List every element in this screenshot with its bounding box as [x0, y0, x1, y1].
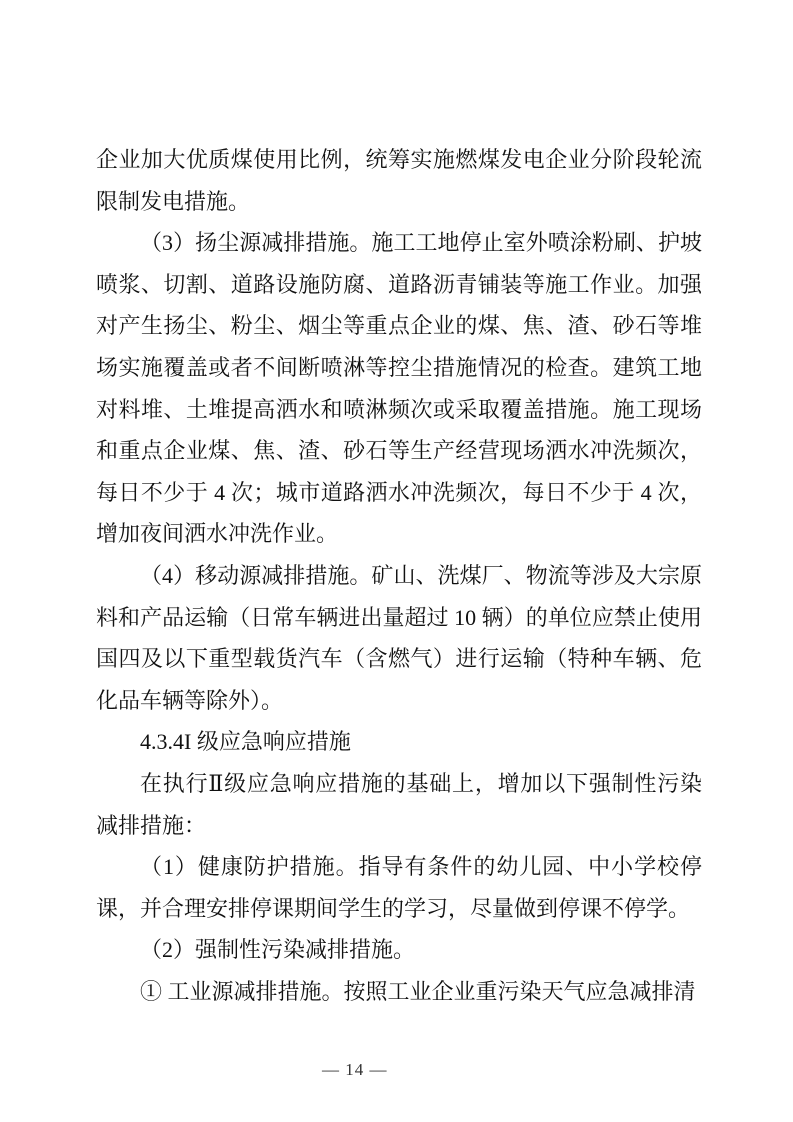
- document-body: 企业加大优质煤使用比例，统筹实施燃煤发电企业分阶段轮流限制发电措施。 （3）扬尘…: [96, 139, 702, 1012]
- paragraph-dust-source-measures: （3）扬尘源减排措施。施工工地停止室外喷涂粉刷、护坡喷浆、切割、道路设施防腐、道…: [96, 222, 702, 555]
- page-footer: — 14 —: [301, 1040, 388, 1100]
- paragraph-industrial-source: ① 工业源减排措施。按照工业企业重污染天气应急减排清: [96, 971, 702, 1013]
- section-heading-level1-response: 4.3.4I 级应急响应措施: [96, 721, 702, 763]
- paragraph-level1-intro: 在执行Ⅱ级应急响应措施的基础上，增加以下强制性污染减排措施：: [96, 763, 702, 846]
- paragraph-health-protection: （1）健康防护措施。指导有条件的幼儿园、中小学校停课，并合理安排停课期间学生的学…: [96, 846, 702, 929]
- paragraph-power-limit: 企业加大优质煤使用比例，统筹实施燃煤发电企业分阶段轮流限制发电措施。: [96, 139, 702, 222]
- paragraph-mobile-source-measures: （4）移动源减排措施。矿山、洗煤厂、物流等涉及大宗原料和产品运输（日常车辆进出量…: [96, 555, 702, 721]
- page-number: — 14 —: [322, 1060, 388, 1079]
- document-page: 企业加大优质煤使用比例，统筹实施燃煤发电企业分阶段轮流限制发电措施。 （3）扬尘…: [0, 0, 793, 1122]
- paragraph-mandatory-reduction: （2）强制性污染减排措施。: [96, 929, 702, 971]
